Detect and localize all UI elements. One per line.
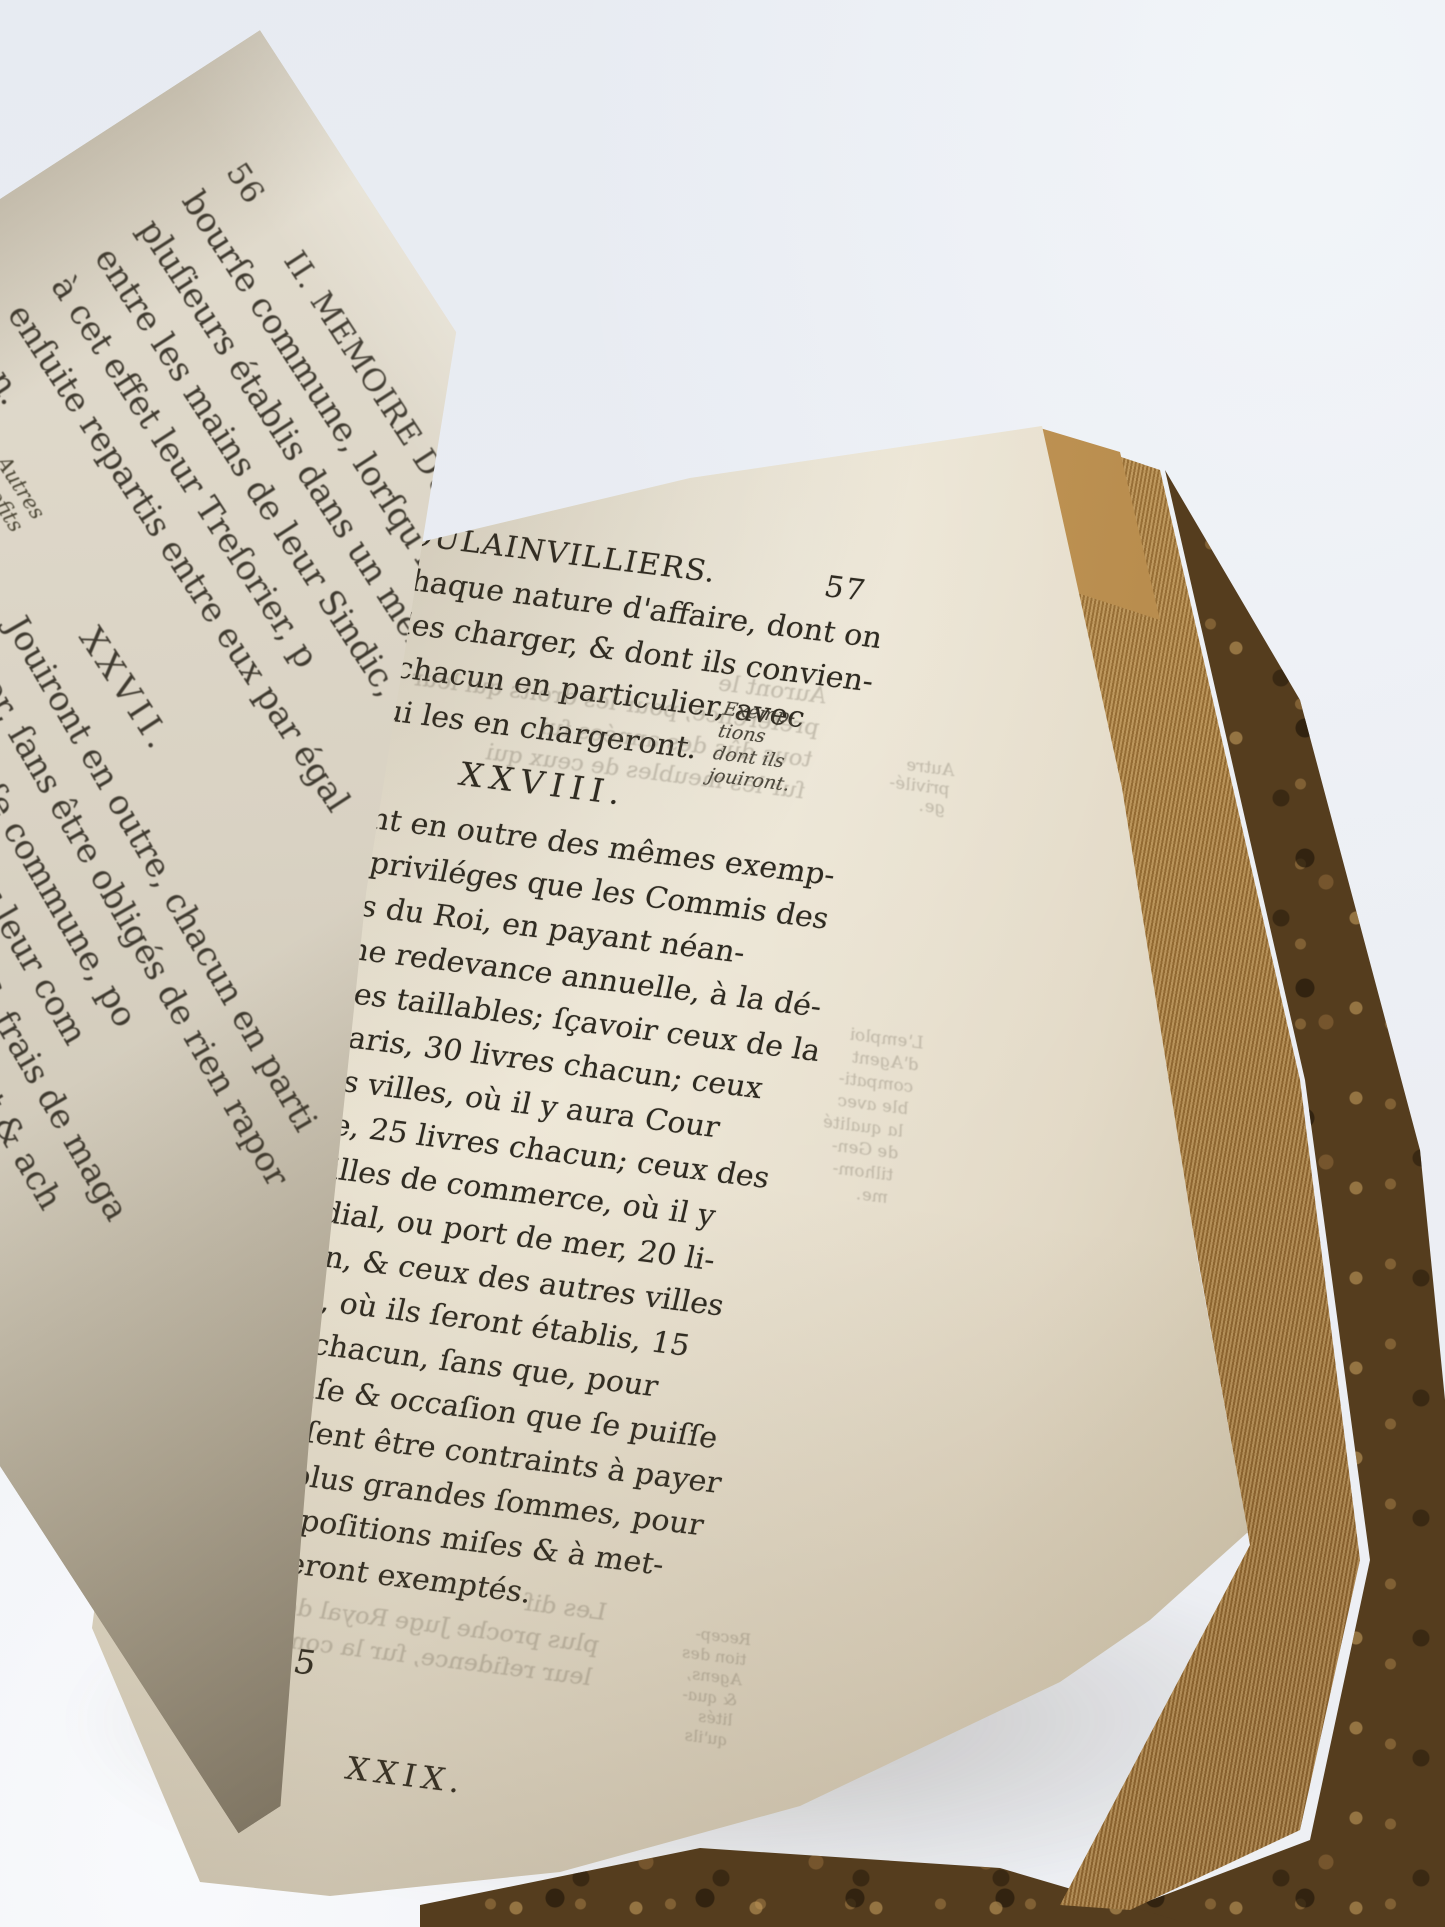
- bleedthrough-margin-note: Recep-tion desAgens,& qua-litésqu'ils: [611, 1615, 753, 1750]
- page-number: 57: [820, 565, 871, 614]
- section-heading-xxix: XXIX.: [342, 1750, 471, 1801]
- book-photograph: DE BOULAINVILLIERS. 57 pour chaque natur…: [0, 0, 1445, 1927]
- bleedthrough-margin-note: Autreprivilé-ge.: [824, 747, 956, 819]
